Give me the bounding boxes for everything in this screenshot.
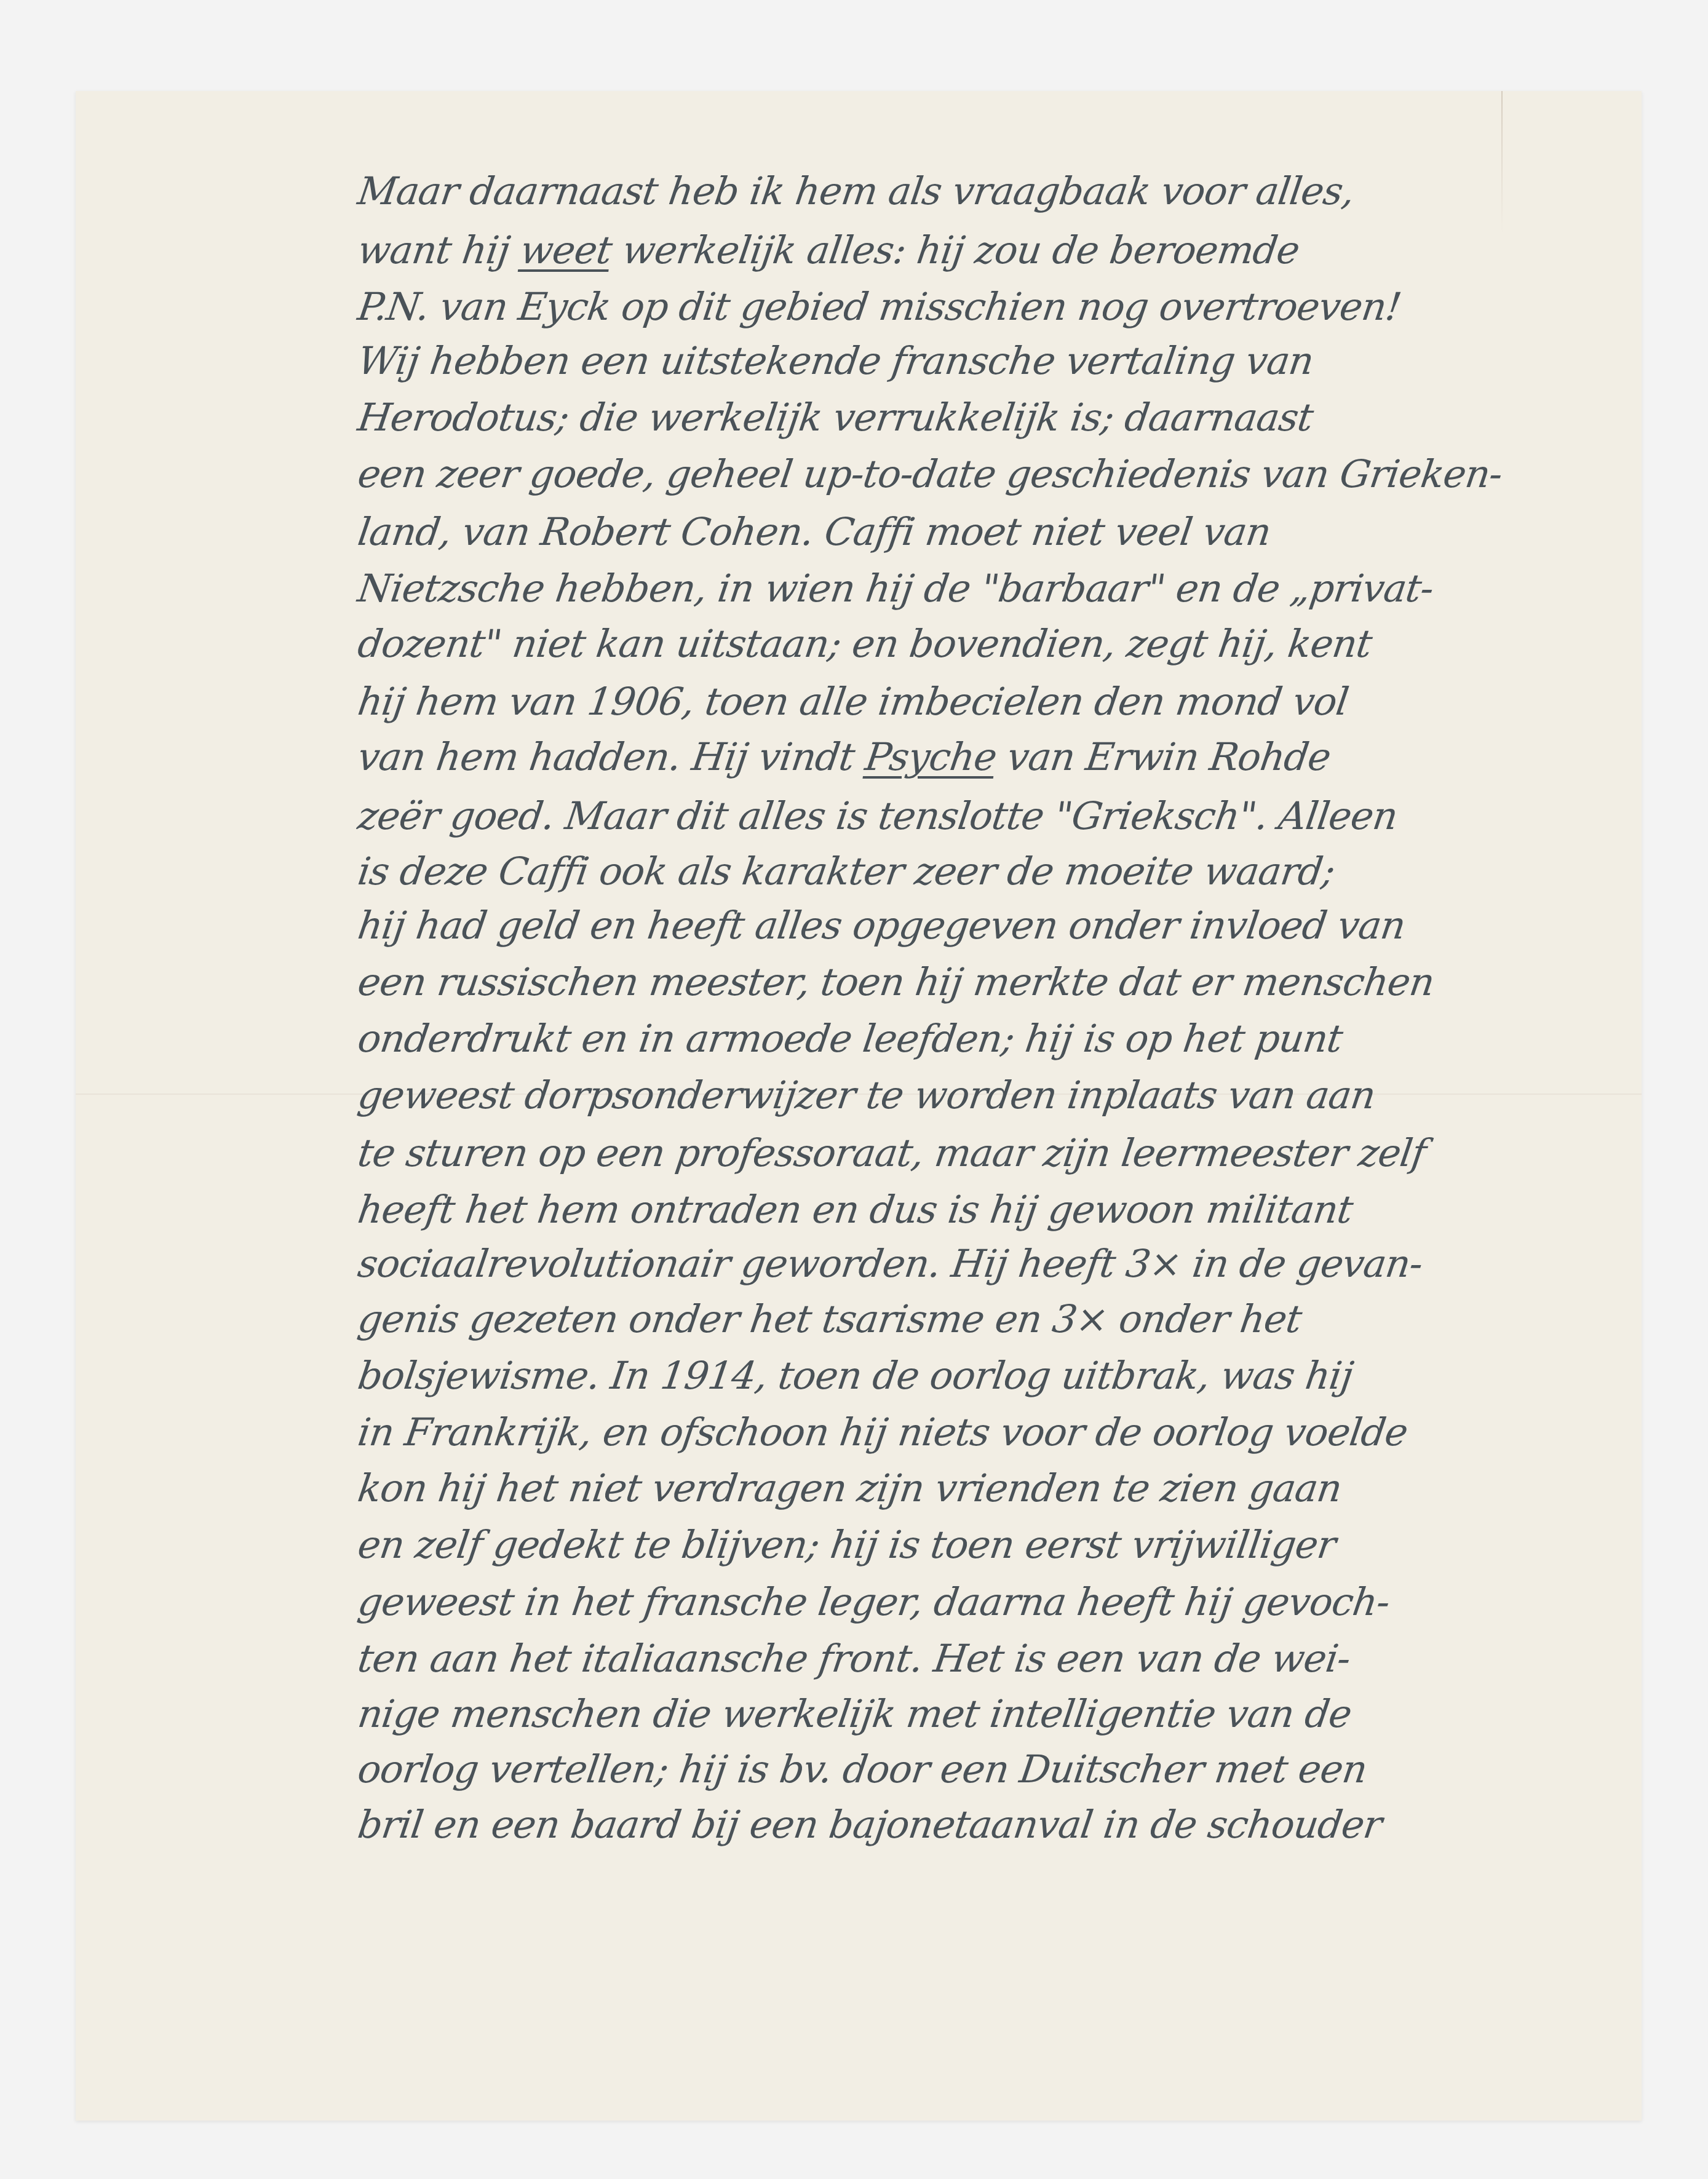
text-line: geweest dorpsonderwijzer te worden inpla… (356, 1076, 1646, 1114)
text-line: hij had geld en heeft alles opgegeven on… (356, 907, 1646, 945)
text-line: kon hij het niet verdragen zijn vrienden… (356, 1469, 1646, 1507)
text-line: want hij weet werkelijk alles: hij zou d… (356, 231, 1646, 269)
text-line: geweest in het fransche leger, daarna he… (356, 1583, 1646, 1621)
text-line: land, van Robert Cohen. Caffi moet niet … (356, 513, 1646, 551)
handwritten-text-body: Maar daarnaast heb ik hem als vraagbaak … (76, 91, 1642, 2121)
text-line: is deze Caffi ook als karakter zeer de m… (356, 852, 1646, 891)
text-line: te sturen op een professoraat, maar zijn… (356, 1134, 1646, 1172)
text-line: ten aan het italiaansche front. Het is e… (356, 1640, 1646, 1678)
text-line: P.N. van Eyck op dit gebied misschien no… (356, 288, 1646, 326)
text-line: een russischen meester, toen hij merkte … (356, 963, 1646, 1001)
text-line: van hem hadden. Hij vindt Psyche van Erw… (356, 738, 1646, 776)
text-line: nige menschen die werkelijk met intellig… (356, 1695, 1646, 1733)
text-line: bolsjewisme. In 1914, toen de oorlog uit… (356, 1357, 1646, 1395)
text-line: zeër goed. Maar dit alles is tenslotte "… (356, 797, 1646, 835)
text-line: dozent" niet kan uitstaan; en bovendien,… (356, 625, 1646, 663)
text-line: en zelf gedekt te blijven; hij is toen e… (356, 1526, 1646, 1564)
text-line: Wij hebben een uitstekende fransche vert… (356, 342, 1646, 380)
text-line: Maar daarnaast heb ik hem als vraagbaak … (356, 172, 1646, 210)
text-line: heeft het hem ontraden en dus is hij gew… (356, 1191, 1646, 1229)
text-line: Nietzsche hebben, in wien hij de "barbaa… (356, 570, 1646, 608)
text-line: genis gezeten onder het tsarisme en 3× o… (356, 1300, 1646, 1338)
text-line: oorlog vertellen; hij is bv. door een Du… (356, 1750, 1646, 1788)
text-line: een zeer goede, geheel up-to-date geschi… (356, 455, 1646, 493)
text-line: hij hem van 1906, toen alle imbecielen d… (356, 683, 1646, 721)
text-line: Herodotus; die werkelijk verrukkelijk is… (356, 399, 1646, 437)
underlined-word: weet (518, 228, 615, 272)
text-line: onderdrukt en in armoede leefden; hij is… (356, 1020, 1646, 1058)
text-line: bril en een baard bij een bajonetaanval … (356, 1806, 1646, 1844)
letter-page: Maar daarnaast heb ik hem als vraagbaak … (76, 91, 1642, 2121)
underlined-word: Psyche (862, 734, 999, 779)
text-line: in Frankrijk, en ofschoon hij niets voor… (356, 1413, 1646, 1451)
text-line: sociaalrevolutionair geworden. Hij heeft… (356, 1245, 1646, 1283)
